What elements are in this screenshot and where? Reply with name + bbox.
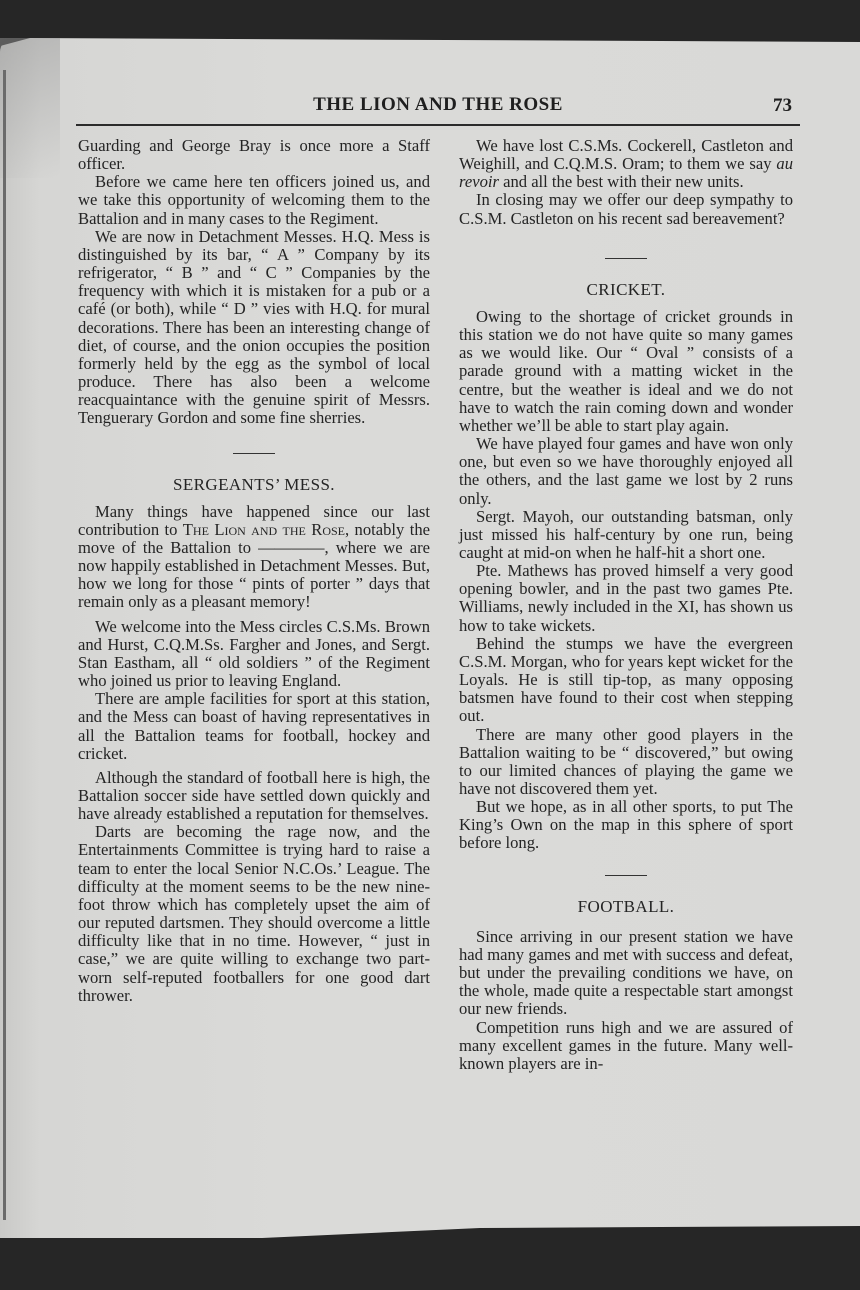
- text-run: and all the best with their new units.: [499, 172, 744, 191]
- paragraph: Sergt. Mayoh, our outstanding batsman, o…: [459, 508, 793, 562]
- paragraph: In closing may we offer our deep sympath…: [459, 191, 793, 227]
- right-column: We have lost C.S.Ms. Cockerell, Castleto…: [459, 137, 793, 1073]
- paragraph: Before we came here ten officers joined …: [78, 173, 430, 227]
- paragraph: Competition runs high and we are assured…: [459, 1019, 793, 1073]
- paragraph: Darts are becoming the rage now, and the…: [78, 823, 430, 1005]
- paragraph: We are now in Detachment Messes. H.Q. Me…: [78, 228, 430, 428]
- paragraph: Behind the stumps we have the evergreen …: [459, 635, 793, 726]
- section-heading-cricket: CRICKET.: [459, 281, 793, 299]
- page-number: 73: [773, 95, 792, 117]
- paragraph: There are ample facilities for sport at …: [78, 690, 430, 763]
- running-title: THE LION AND THE ROSE: [76, 94, 800, 116]
- paragraph: We have played four games and have won o…: [459, 435, 793, 508]
- paragraph: We have lost C.S.Ms. Cockerell, Castleto…: [459, 137, 793, 191]
- paragraph: But we hope, as in all other sports, to …: [459, 798, 793, 852]
- paragraph: Since arriving in our present station we…: [459, 928, 793, 1019]
- paragraph: Many things have happened since our last…: [78, 503, 430, 612]
- page-shadow: [0, 38, 60, 178]
- paragraph: Although the standard of football here i…: [78, 769, 430, 823]
- magazine-name: The Lion and the Rose: [183, 520, 345, 539]
- left-column: Guarding and George Bray is once more a …: [78, 137, 430, 1005]
- paragraph: We welcome into the Mess circles C.S.Ms.…: [78, 618, 430, 691]
- paragraph: Guarding and George Bray is once more a …: [78, 137, 430, 173]
- paragraph: Owing to the shortage of cricket grounds…: [459, 308, 793, 435]
- text-run: We have lost C.S.Ms. Cockerell, Castleto…: [459, 136, 793, 173]
- page-binding-edge: [3, 70, 6, 1220]
- paragraph: Pte. Mathews has proved himself a very g…: [459, 562, 793, 635]
- section-heading-football: FOOTBALL.: [459, 898, 793, 916]
- section-heading-sergeants-mess: SERGEANTS’ MESS.: [78, 476, 430, 494]
- paragraph: There are many other good players in the…: [459, 726, 793, 799]
- running-header: THE LION AND THE ROSE 73: [76, 94, 800, 126]
